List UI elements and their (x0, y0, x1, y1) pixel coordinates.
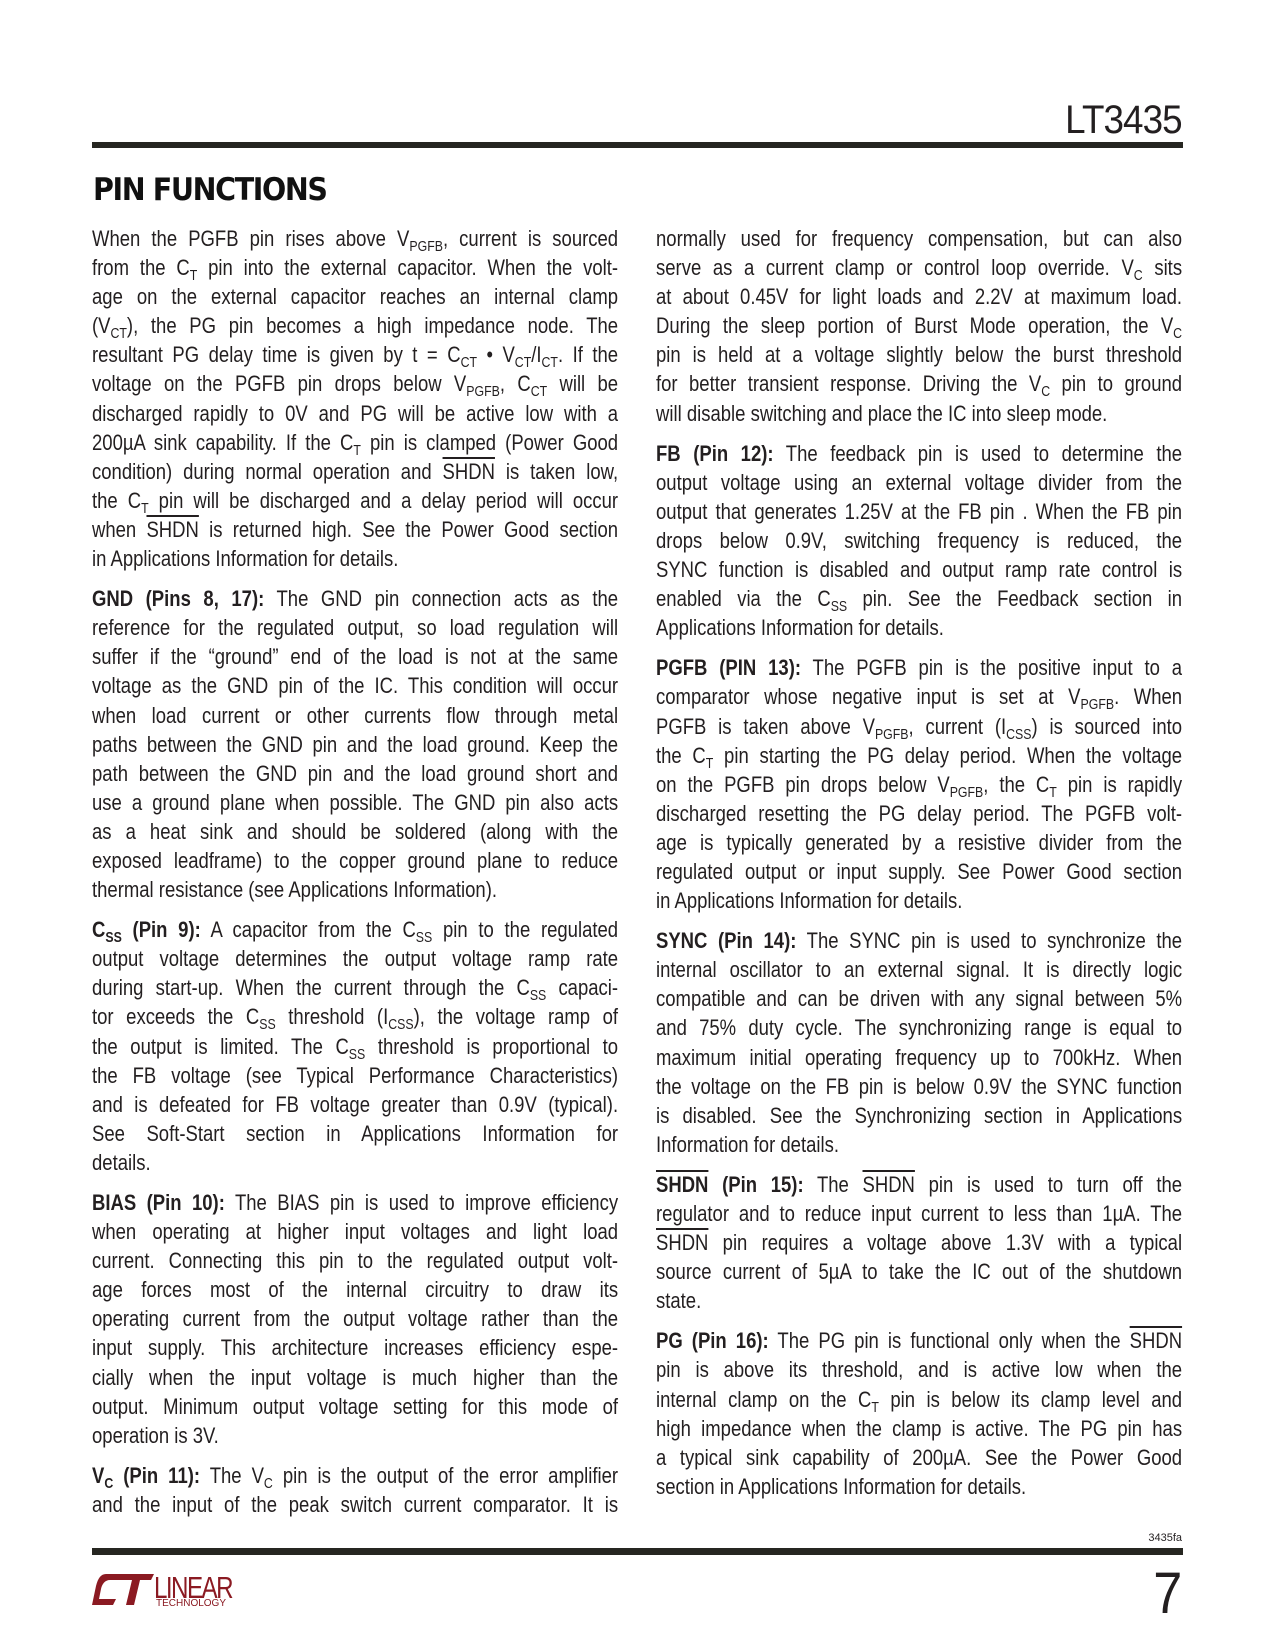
paragraph-gap (656, 1315, 1182, 1326)
text-line: and 75% duty cycle. The synchronizing ra… (656, 1013, 1182, 1042)
pin-description-paragraph: normally used for frequency compensation… (656, 224, 1182, 428)
paragraph-gap (92, 904, 618, 915)
paragraph-gap (92, 573, 618, 584)
text-line: high impedance when the clamp is active.… (656, 1414, 1182, 1443)
page-number: 7 (1153, 1560, 1182, 1627)
paragraph-gap (656, 1159, 1182, 1170)
pin-description-paragraph: BIAS (Pin 10): The BIAS pin is used to i… (92, 1188, 618, 1450)
text-line: in Applications Information for details. (92, 544, 618, 573)
text-line: as a heat sink and should be soldered (a… (92, 817, 618, 846)
text-line: age forces most of the internal circuitr… (92, 1275, 618, 1304)
text-line: thermal resistance (see Applications Inf… (92, 875, 618, 904)
text-line: VC (Pin 11): The VC pin is the output of… (92, 1461, 618, 1490)
text-line: paths between the GND pin and the load g… (92, 730, 618, 759)
text-line: the CT pin starting the PG delay period.… (656, 741, 1182, 770)
text-line: when load current or other currents flow… (92, 701, 618, 730)
text-line: in Applications Information for details. (656, 886, 1182, 915)
text-line: when SHDN is returned high. See the Powe… (92, 515, 618, 544)
text-line: is disabled. See the Synchronizing secti… (656, 1101, 1182, 1130)
text-line: SYNC (Pin 14): The SYNC pin is used to s… (656, 926, 1182, 955)
paragraph-gap (656, 915, 1182, 926)
text-line: from the CT pin into the external capaci… (92, 253, 618, 282)
text-line: normally used for frequency compensation… (656, 224, 1182, 253)
text-line: regulated output or input supply. See Po… (656, 857, 1182, 886)
paragraph-gap (656, 642, 1182, 653)
text-line: output voltage using an external voltage… (656, 468, 1182, 497)
text-line: SHDN pin requires a voltage above 1.3V w… (656, 1228, 1182, 1257)
text-line: when operating at higher input voltages … (92, 1217, 618, 1246)
text-line: pin is above its threshold, and is activ… (656, 1355, 1182, 1384)
text-line: during start-up. When the current throug… (92, 973, 618, 1002)
text-line: maximum initial operating frequency up t… (656, 1043, 1182, 1072)
linear-technology-logo: LINEAR TECHNOLOGY (92, 1570, 262, 1610)
text-line: (VCT), the PG pin becomes a high impedan… (92, 311, 618, 340)
paragraph-gap (656, 428, 1182, 439)
footer-rule (92, 1548, 1183, 1555)
left-column-text: When the PGFB pin rises above VPGFB, cur… (92, 224, 618, 1519)
pin-description-paragraph: PG (Pin 16): The PG pin is functional on… (656, 1326, 1182, 1501)
pin-description-paragraph: SYNC (Pin 14): The SYNC pin is used to s… (656, 926, 1182, 1159)
text-line: pin is held at a voltage slightly below … (656, 340, 1182, 369)
text-line: internal oscillator to an external signa… (656, 955, 1182, 984)
text-line: comparator whose negative input is set a… (656, 682, 1182, 711)
text-line: the FB voltage (see Typical Performance … (92, 1061, 618, 1090)
logo-subtext: TECHNOLOGY (156, 1598, 226, 1609)
text-line: regulator and to reduce input current to… (656, 1199, 1182, 1228)
header-rule (92, 142, 1183, 148)
text-line: When the PGFB pin rises above VPGFB, cur… (92, 224, 618, 253)
pin-description-paragraph: When the PGFB pin rises above VPGFB, cur… (92, 224, 618, 573)
text-line: voltage as the GND pin of the IC. This c… (92, 671, 618, 700)
text-line: operation is 3V. (92, 1421, 618, 1450)
text-line: output that generates 1.25V at the FB pi… (656, 497, 1182, 526)
text-line: the voltage on the FB pin is below 0.9V … (656, 1072, 1182, 1101)
text-line: state. (656, 1286, 1182, 1315)
text-line: voltage on the PGFB pin drops below VPGF… (92, 369, 618, 398)
text-line: suffer if the “ground” end of the load i… (92, 642, 618, 671)
paragraph-gap (92, 1450, 618, 1461)
text-line: Information for details. (656, 1130, 1182, 1159)
pin-description-paragraph: SHDN (Pin 15): The SHDN pin is used to t… (656, 1170, 1182, 1315)
text-line: current. Connecting this pin to the regu… (92, 1246, 618, 1275)
text-line: enabled via the CSS pin. See the Feedbac… (656, 584, 1182, 613)
text-line: serve as a current clamp or control loop… (656, 253, 1182, 282)
text-line: CSS (Pin 9): A capacitor from the CSS pi… (92, 915, 618, 944)
text-line: age on the external capacitor reaches an… (92, 282, 618, 311)
pin-description-paragraph: CSS (Pin 9): A capacitor from the CSS pi… (92, 915, 618, 1177)
paragraph-gap (92, 1177, 618, 1188)
text-line: See Soft-Start section in Applications I… (92, 1119, 618, 1148)
text-line: compatible and can be driven with any si… (656, 984, 1182, 1013)
text-line: cially when the input voltage is much hi… (92, 1363, 618, 1392)
text-line: During the sleep portion of Burst Mode o… (656, 311, 1182, 340)
right-column-text: normally used for frequency compensation… (656, 224, 1182, 1501)
text-line: PGFB is taken above VPGFB, current (ICSS… (656, 712, 1182, 741)
text-line: and is defeated for FB voltage greater t… (92, 1090, 618, 1119)
text-line: SHDN (Pin 15): The SHDN pin is used to t… (656, 1170, 1182, 1199)
document-code: 3435fa (1148, 1532, 1182, 1544)
pin-description-paragraph: FB (Pin 12): The feedback pin is used to… (656, 439, 1182, 643)
text-line: will disable switching and place the IC … (656, 399, 1182, 428)
text-line: source current of 5µA to take the IC out… (656, 1257, 1182, 1286)
text-line: at about 0.45V for light loads and 2.2V … (656, 282, 1182, 311)
section-title: Pin Functions (93, 172, 327, 208)
text-line: the output is limited. The CSS threshold… (92, 1032, 618, 1061)
text-line: discharged rapidly to 0V and PG will be … (92, 399, 618, 428)
text-line: reference for the regulated output, so l… (92, 613, 618, 642)
text-line: 200µA sink capability. If the CT pin is … (92, 428, 618, 457)
left-column: When the PGFB pin rises above VPGFB, cur… (92, 224, 618, 1519)
text-line: SYNC function is disabled and output ram… (656, 555, 1182, 584)
text-line: GND (Pins 8, 17): The GND pin connection… (92, 584, 618, 613)
text-line: discharged resetting the PG delay period… (656, 799, 1182, 828)
text-line: exposed leadframe) to the copper ground … (92, 846, 618, 875)
text-line: resultant PG delay time is given by t = … (92, 340, 618, 369)
lt-logo-icon (92, 1572, 154, 1608)
pin-description-paragraph: VC (Pin 11): The VC pin is the output of… (92, 1461, 618, 1519)
text-line: output voltage determines the output vol… (92, 944, 618, 973)
text-line: BIAS (Pin 10): The BIAS pin is used to i… (92, 1188, 618, 1217)
text-line: and the input of the peak switch current… (92, 1490, 618, 1519)
text-line: age is typically generated by a resistiv… (656, 828, 1182, 857)
text-line: section in Applications Information for … (656, 1472, 1182, 1501)
text-line: tor exceeds the CSS threshold (ICSS), th… (92, 1002, 618, 1031)
part-number-header: LT3435 (1065, 98, 1182, 143)
text-line: for better transient response. Driving t… (656, 369, 1182, 398)
pin-description-paragraph: PGFB (PIN 13): The PGFB pin is the posit… (656, 653, 1182, 915)
right-column: normally used for frequency compensation… (656, 224, 1183, 1501)
text-line: the CT pin will be discharged and a dela… (92, 486, 618, 515)
text-line: Applications Information for details. (656, 613, 1182, 642)
text-line: on the PGFB pin drops below VPGFB, the C… (656, 770, 1182, 799)
pin-description-paragraph: GND (Pins 8, 17): The GND pin connection… (92, 584, 618, 904)
text-line: use a ground plane when possible. The GN… (92, 788, 618, 817)
text-line: details. (92, 1148, 618, 1177)
text-line: PG (Pin 16): The PG pin is functional on… (656, 1326, 1182, 1355)
text-line: condition) during normal operation and S… (92, 457, 618, 486)
text-line: drops below 0.9V, switching frequency is… (656, 526, 1182, 555)
text-line: FB (Pin 12): The feedback pin is used to… (656, 439, 1182, 468)
text-line: operating current from the output voltag… (92, 1304, 618, 1333)
text-line: path between the GND pin and the load gr… (92, 759, 618, 788)
text-line: output. Minimum output voltage setting f… (92, 1392, 618, 1421)
text-line: internal clamp on the CT pin is below it… (656, 1385, 1182, 1414)
text-line: input supply. This architecture increase… (92, 1333, 618, 1362)
text-line: PGFB (PIN 13): The PGFB pin is the posit… (656, 653, 1182, 682)
text-line: a typical sink capability of 200µA. See … (656, 1443, 1182, 1472)
